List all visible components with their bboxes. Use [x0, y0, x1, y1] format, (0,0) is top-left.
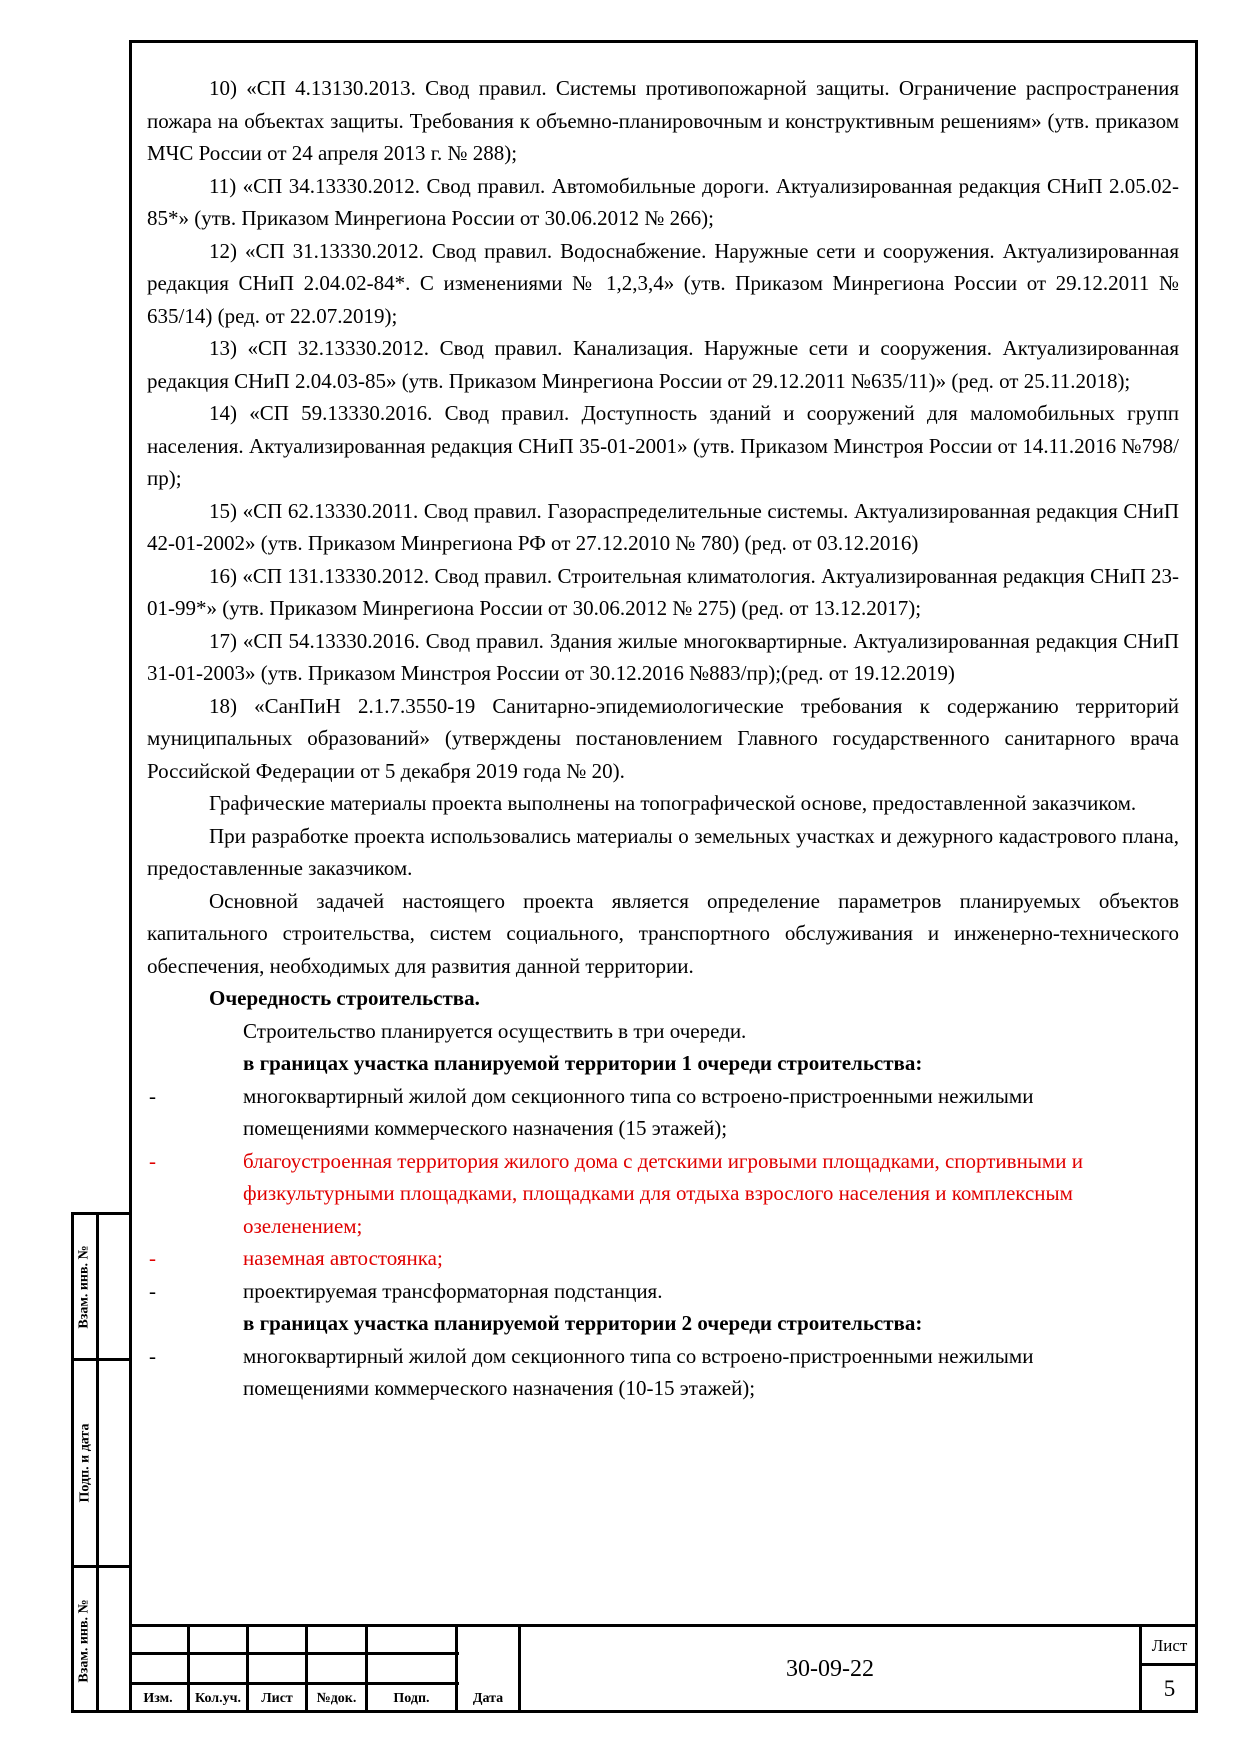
- reference-item: 13) «СП 32.13330.2012. Свод правил. Кана…: [147, 332, 1179, 397]
- reference-item: 10) «СП 4.13130.2013. Свод правил. Систе…: [147, 72, 1179, 170]
- document-code: 30-09-22: [521, 1625, 1139, 1713]
- normative-references-list: 10) «СП 4.13130.2013. Свод правил. Систе…: [147, 72, 1179, 787]
- side-stamp-label: Взам. инв. №: [74, 1568, 96, 1713]
- col-header-list: Лист: [249, 1685, 305, 1713]
- bullet-item: -благоустроенная территория жилого дома …: [147, 1145, 1179, 1243]
- reference-item: 18) «СанПиН 2.1.7.3550-19 Санитарно-эпид…: [147, 690, 1179, 788]
- stage1-list: -многоквартирный жилой дом секционного т…: [147, 1080, 1179, 1308]
- section-heading: Очередность строительства.: [147, 982, 1179, 1015]
- document-body: 10) «СП 4.13130.2013. Свод правил. Систе…: [147, 72, 1179, 1405]
- title-block: Изм. Кол.уч. Лист №док. Подп. Дата 30-09…: [129, 1625, 1198, 1713]
- stage1-heading: в границах участка планируемой территори…: [147, 1047, 1179, 1080]
- stage2-list: -многоквартирный жилой дом секционного т…: [147, 1340, 1179, 1405]
- col-header-kol-uch: Кол.уч.: [190, 1685, 246, 1713]
- bullet-text: многоквартирный жилой дом секционного ти…: [243, 1080, 1179, 1145]
- section-intro: Строительство планируется осуществить в …: [147, 1015, 1179, 1048]
- reference-item: 16) «СП 131.13330.2012. Свод правил. Стр…: [147, 560, 1179, 625]
- bullet-item: -многоквартирный жилой дом секционного т…: [147, 1080, 1179, 1145]
- bullet-dash: -: [147, 1145, 243, 1243]
- side-stamp-divider: [96, 1215, 99, 1710]
- bullet-text: благоустроенная территория жилого дома с…: [243, 1145, 1179, 1243]
- reference-item: 11) «СП 34.13330.2012. Свод правил. Авто…: [147, 170, 1179, 235]
- bullet-text: наземная автостоянка;: [243, 1242, 1179, 1275]
- sheet-number: 5: [1141, 1667, 1198, 1711]
- stage2-heading: в границах участка планируемой территори…: [147, 1307, 1179, 1340]
- bullet-dash: -: [147, 1275, 243, 1308]
- bullet-text: проектируемая трансформаторная подстанци…: [243, 1275, 1179, 1308]
- bullet-dash: -: [147, 1080, 243, 1145]
- side-stamp-label: Подп. и дата: [74, 1361, 96, 1565]
- side-stamp: Взам. инв. № Подп. и дата Взам. инв. №: [71, 1212, 129, 1713]
- col-header-data: Дата: [458, 1685, 518, 1713]
- col-header-izm: Изм.: [129, 1685, 187, 1713]
- paragraph: Графические материалы проекта выполнены …: [147, 787, 1179, 820]
- bullet-dash: -: [147, 1340, 243, 1405]
- paragraph: Основной задачей настоящего проекта явля…: [147, 885, 1179, 983]
- reference-item: 15) «СП 62.13330.2011. Свод правил. Газо…: [147, 495, 1179, 560]
- col-header-podp: Подп.: [368, 1685, 455, 1713]
- reference-item: 14) «СП 59.13330.2016. Свод правил. Дост…: [147, 397, 1179, 495]
- bullet-dash: -: [147, 1242, 243, 1275]
- reference-item: 17) «СП 54.13330.2016. Свод правил. Здан…: [147, 625, 1179, 690]
- bullet-item: -проектируемая трансформаторная подстанц…: [147, 1275, 1179, 1308]
- reference-item: 12) «СП 31.13330.2012. Свод правил. Водо…: [147, 235, 1179, 333]
- col-header-ndok: №док.: [308, 1685, 365, 1713]
- bullet-text: многоквартирный жилой дом секционного ти…: [243, 1340, 1179, 1405]
- bullet-item: -многоквартирный жилой дом секционного т…: [147, 1340, 1179, 1405]
- paragraph: При разработке проекта использовались ма…: [147, 820, 1179, 885]
- bullet-item: -наземная автостоянка;: [147, 1242, 1179, 1275]
- sheet-label: Лист: [1141, 1631, 1198, 1661]
- side-stamp-label: Взам. инв. №: [74, 1215, 96, 1358]
- paragraphs: Графические материалы проекта выполнены …: [147, 787, 1179, 982]
